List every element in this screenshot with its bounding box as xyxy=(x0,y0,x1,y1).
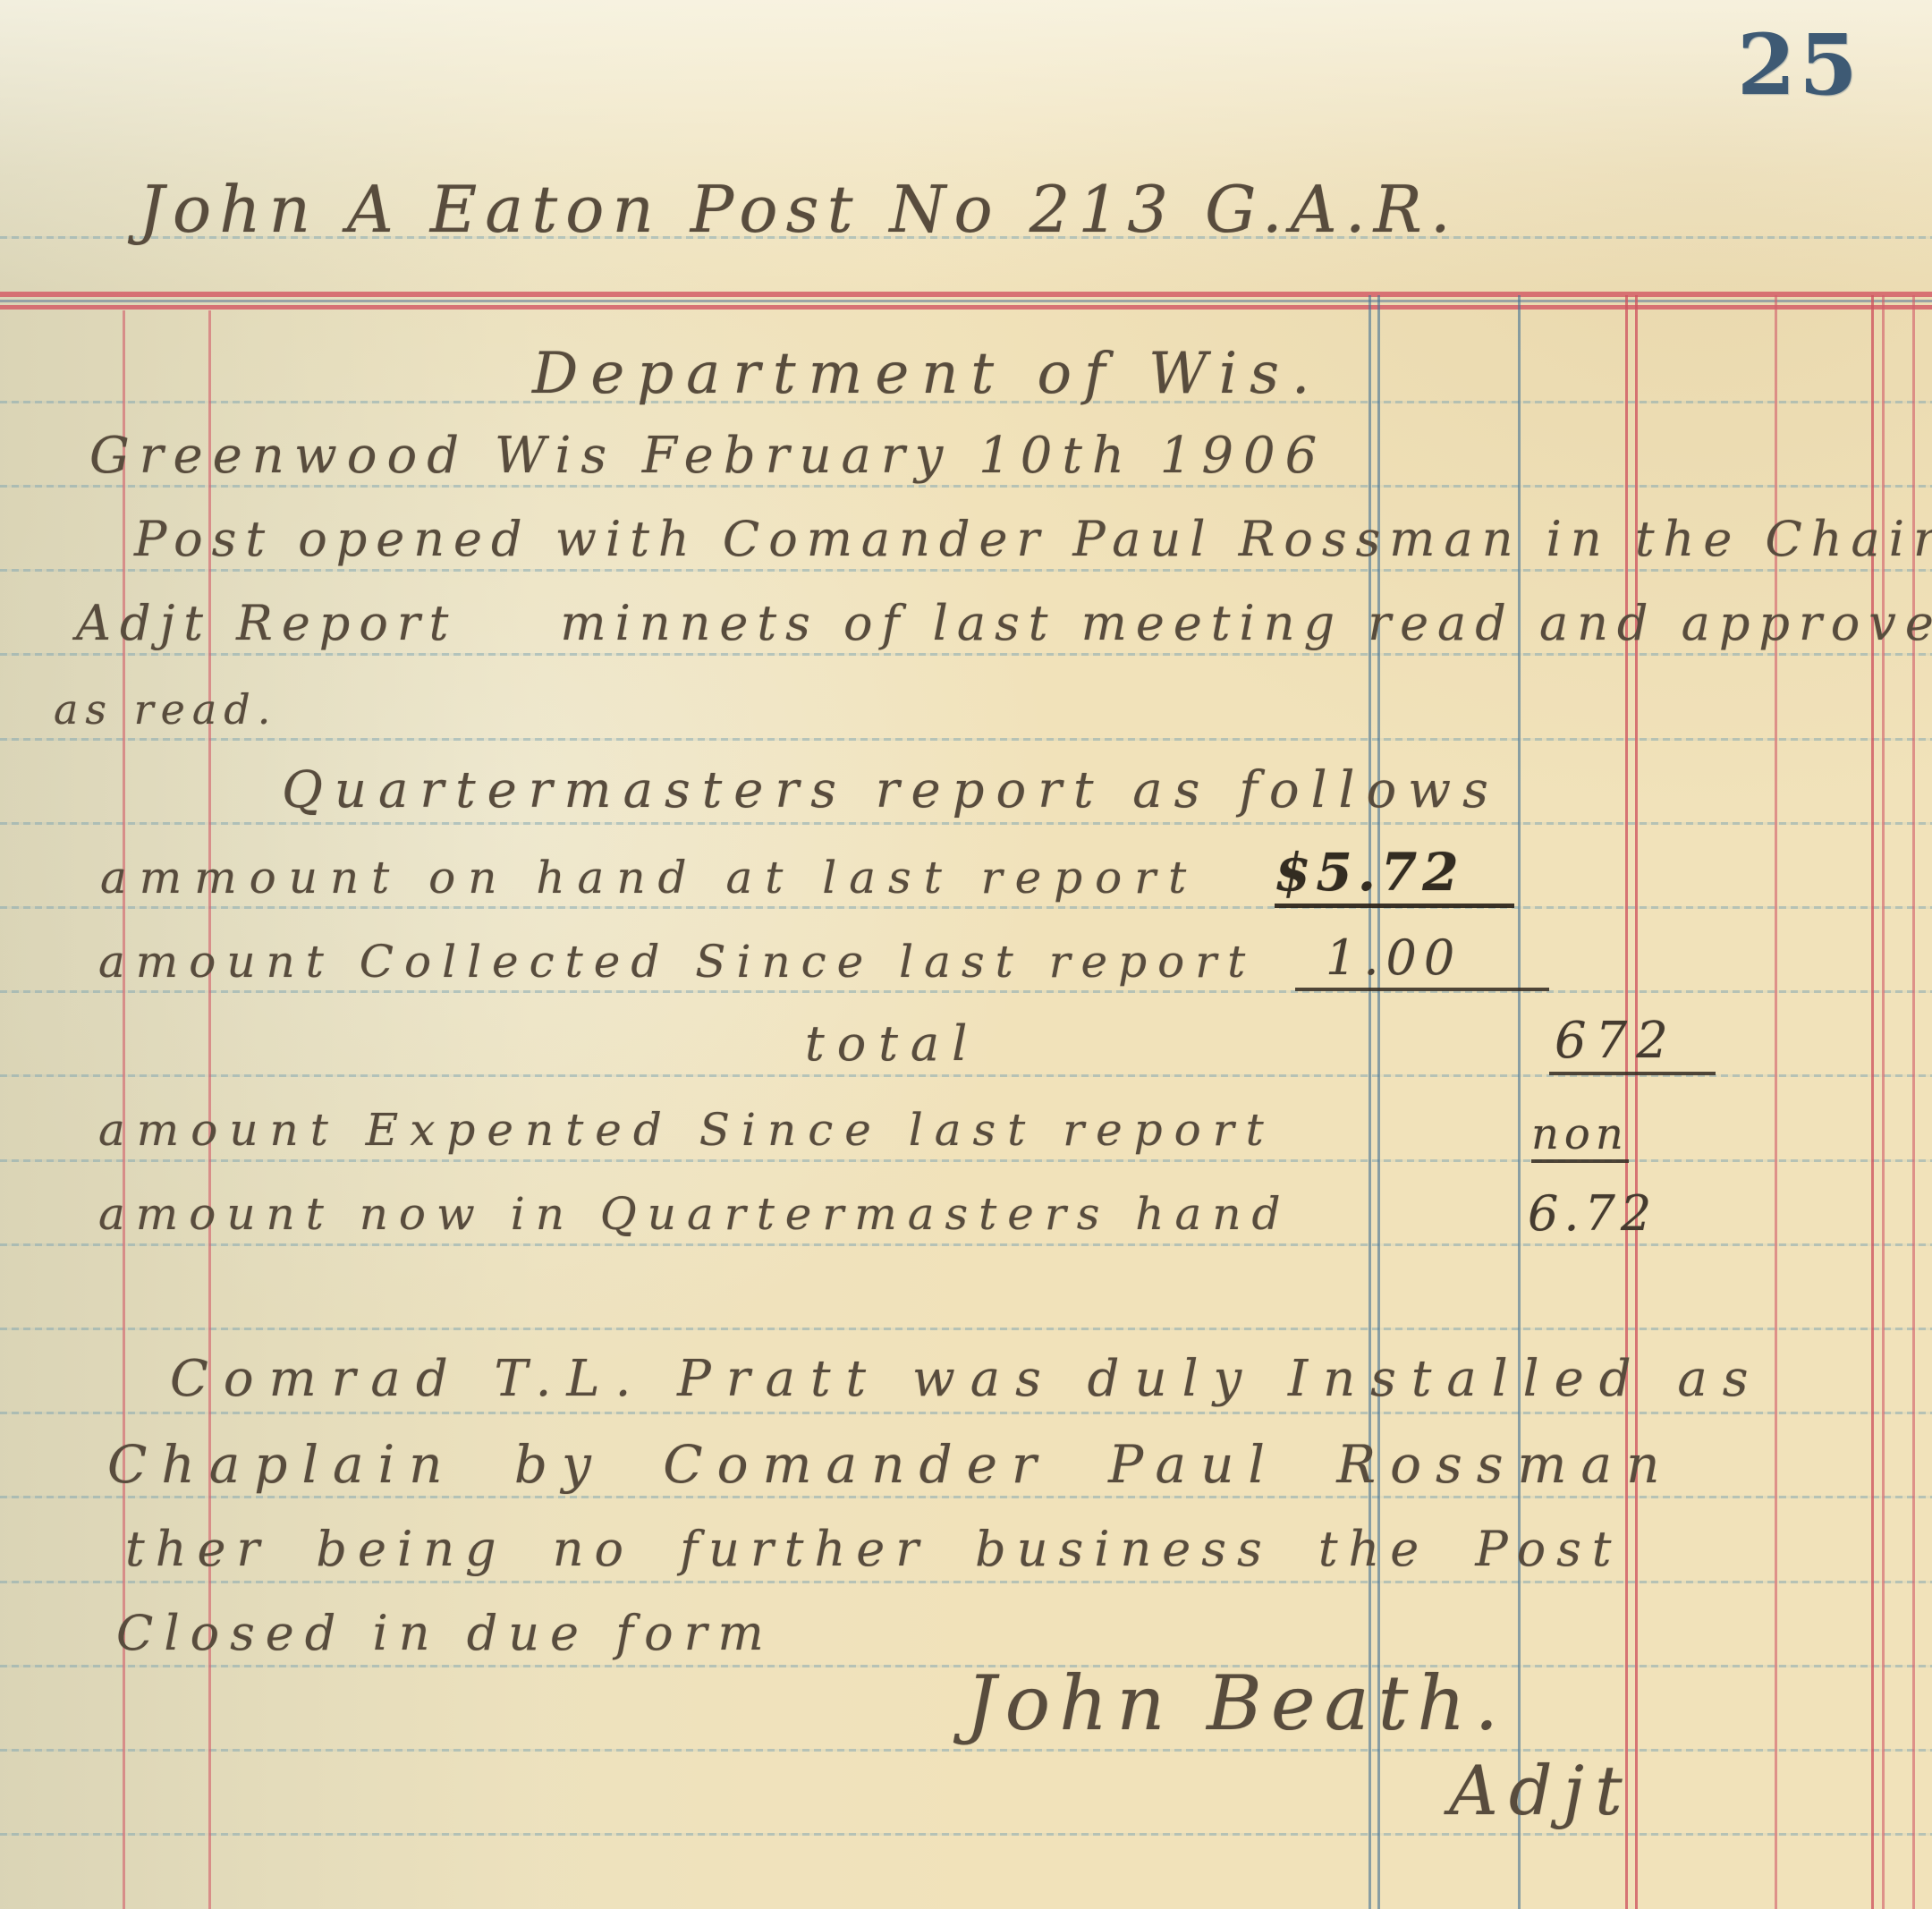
ledger-row-label: amount Collected Since last report xyxy=(98,939,1256,984)
closing-line: Chaplain by Comander Paul Rossman xyxy=(107,1438,1674,1490)
amount-expended-value: non xyxy=(1531,1113,1629,1163)
as-read-line: as read. xyxy=(54,689,277,730)
ruled-line xyxy=(0,738,1932,741)
ruled-line xyxy=(0,1749,1932,1752)
ruled-line xyxy=(0,485,1932,488)
total-value: 672 xyxy=(1549,1016,1716,1075)
ledger-row-label: amount Expented Since last report xyxy=(98,1107,1275,1152)
amount-collected-value: 1.00 xyxy=(1295,934,1549,991)
dateline: Greenwood Wis February 10th 1906 xyxy=(89,431,1326,481)
total-label: total xyxy=(805,1020,979,1068)
ruled-line xyxy=(0,1243,1932,1246)
head-rule-red-top xyxy=(0,292,1932,297)
closing-line: Comrad T.L. Pratt was duly Installed as xyxy=(170,1354,1764,1404)
ledger-row-value: $5.72 xyxy=(1275,846,1514,908)
adjt-report-line: Adjt Reportminnets of last meeting read … xyxy=(76,599,1932,648)
ruled-line xyxy=(0,569,1932,572)
closing-line: Closed in due form xyxy=(116,1609,775,1658)
ruled-line xyxy=(0,990,1932,993)
quartermaster-heading: Quartermasters report as follows xyxy=(282,766,1500,816)
ruled-line xyxy=(0,906,1932,909)
adjt-report-text: minnets of last meeting read and approve… xyxy=(560,595,1932,651)
amount-now-value: 6.72 xyxy=(1528,1190,1657,1238)
department-heading: Department of Wis. xyxy=(532,345,1322,403)
ruled-line xyxy=(0,1159,1932,1162)
ruled-line xyxy=(0,1496,1932,1498)
adjt-report-label: Adjt Report xyxy=(76,595,457,651)
closing-line: ther being no further business the Post xyxy=(125,1525,1623,1574)
amount-on-hand-value: $5.72 xyxy=(1275,846,1514,908)
ledger-row-value: non xyxy=(1531,1113,1629,1163)
signature-title: Adjt xyxy=(1449,1757,1633,1825)
ledger-row-value: 1.00 xyxy=(1295,934,1549,991)
ledger-row-value: 6.72 xyxy=(1528,1190,1657,1238)
ledger-row-label: ammount on hand at last report xyxy=(100,855,1199,900)
head-rule-red-bottom xyxy=(0,305,1932,310)
ledger-page: 25 John A Eaton Post No 213 G.A.R. Depar… xyxy=(0,0,1932,1909)
ruled-line xyxy=(0,1833,1932,1836)
ruled-line xyxy=(0,1328,1932,1330)
ruled-line xyxy=(0,822,1932,825)
head-rule-blue-mid xyxy=(0,300,1932,302)
post-header-title: John A Eaton Post No 213 G.A.R. xyxy=(139,177,1459,242)
ledger-row-label: amount now in Quartermasters hand xyxy=(98,1192,1292,1236)
page-number: 25 xyxy=(1737,16,1861,115)
total-value-wrap: 672 xyxy=(1549,1016,1716,1075)
ruled-line xyxy=(0,1581,1932,1583)
ruled-line xyxy=(0,653,1932,656)
opening-line: Post opened with Comander Paul Rossman i… xyxy=(134,515,1932,564)
ruled-line xyxy=(0,1412,1932,1414)
signature-name: John Beath. xyxy=(966,1666,1507,1741)
